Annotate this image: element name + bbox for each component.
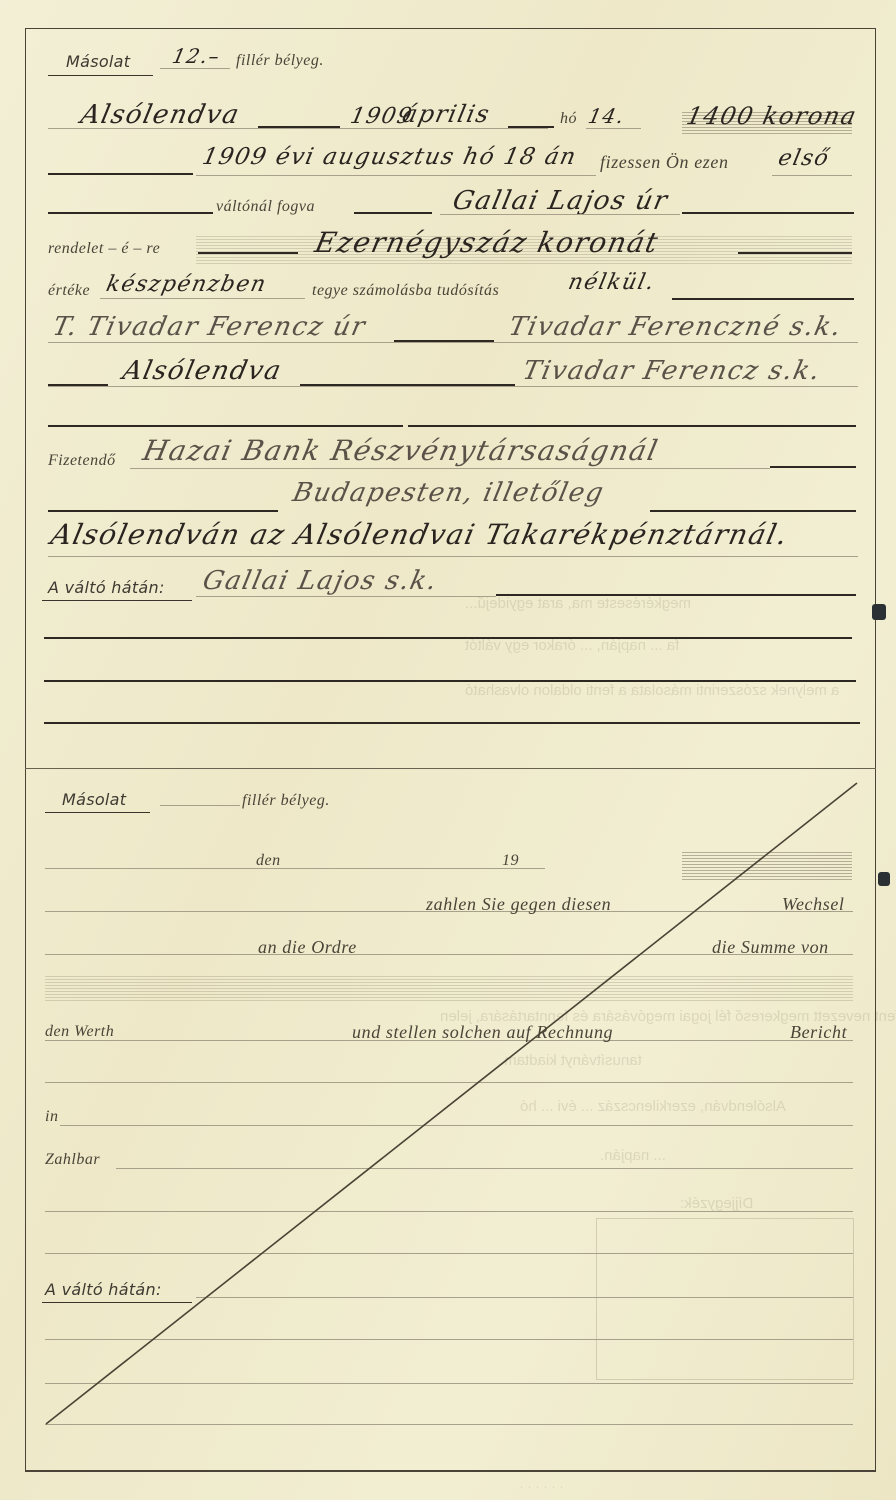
- cancellation-diagonal: [0, 0, 896, 1500]
- printer-mark: · · · · · ·: [520, 1485, 564, 1491]
